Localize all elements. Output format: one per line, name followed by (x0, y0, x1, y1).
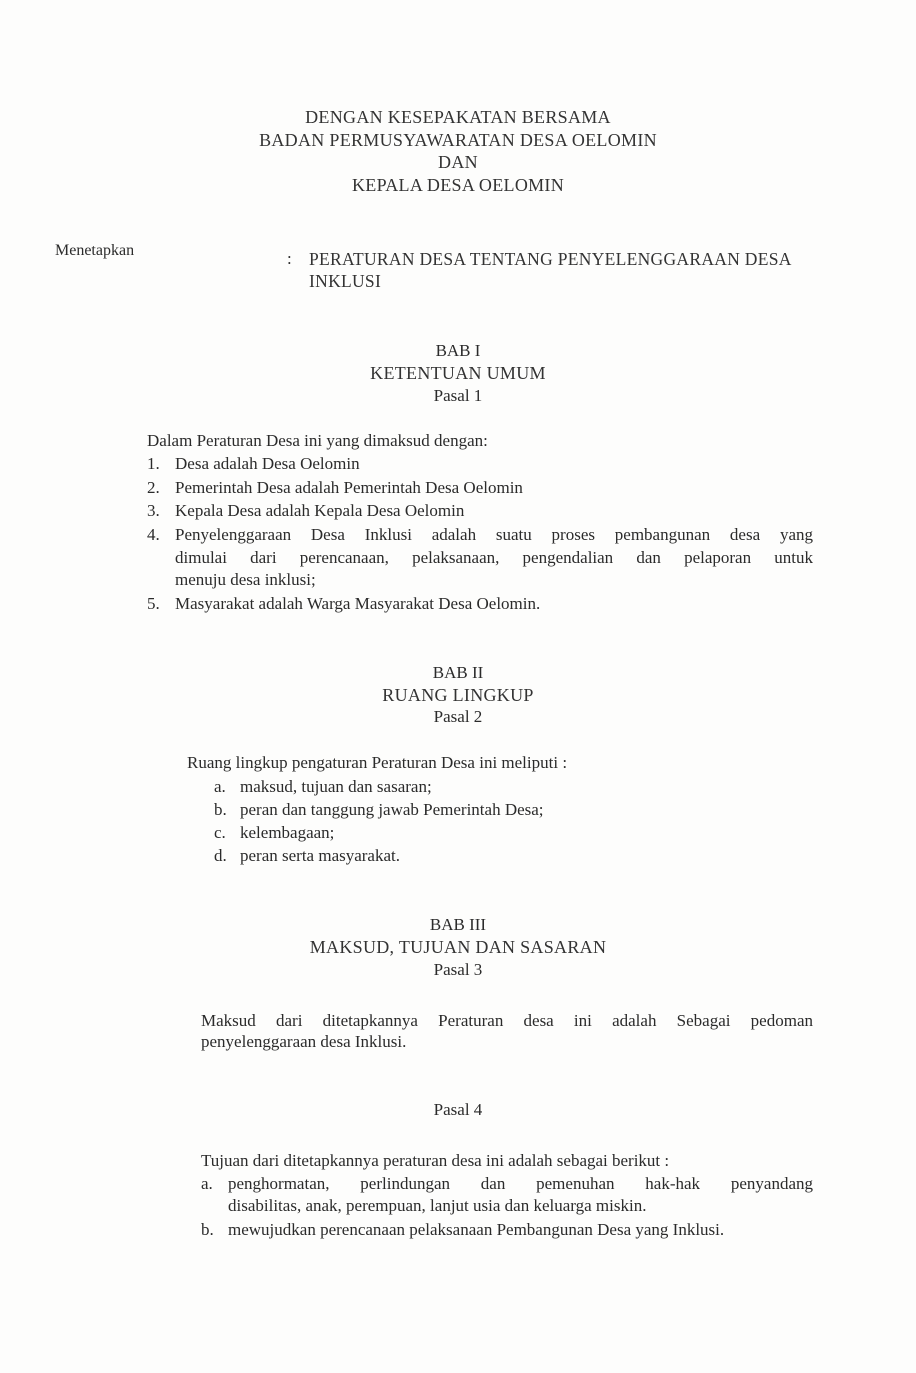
bab3-subtitle: MAKSUD, TUJUAN DAN SASARAN (0, 936, 916, 958)
bab1-item-1-text: Desa adalah Desa Oelomin (175, 453, 360, 475)
bab1-item-1-marker: 1. (147, 453, 160, 475)
bab3-pasal-3: Pasal 3 (0, 959, 916, 981)
bab1-item-2-marker: 2. (147, 477, 160, 499)
bab3-pasal-4: Pasal 4 (0, 1099, 916, 1121)
pasal4-intro: Tujuan dari ditetapkannya peraturan desa… (201, 1150, 669, 1172)
bab1-item-5-text: Masyarakat adalah Warga Masyarakat Desa … (175, 593, 540, 615)
menetapkan-value-line-1: PERATURAN DESA TENTANG PENYELENGGARAAN D… (309, 248, 792, 270)
bab3-title: BAB III (0, 914, 916, 936)
bab2-item-d-text: peran serta masyarakat. (240, 845, 400, 867)
bab1-item-4-line-1: Penyelenggaraan Desa Inklusi adalah suat… (175, 524, 813, 546)
bab1-item-2-text: Pemerintah Desa adalah Pemerintah Desa O… (175, 477, 523, 499)
bab2-item-a-marker: a. (214, 776, 226, 798)
bab1-item-3-text: Kepala Desa adalah Kepala Desa Oelomin (175, 500, 464, 522)
bab2-item-c-text: kelembagaan; (240, 822, 334, 844)
pasal4-item-b-text: mewujudkan perencanaan pelaksanaan Pemba… (228, 1219, 724, 1241)
bab1-item-4-line-3: menuju desa inklusi; (175, 569, 316, 591)
menetapkan-label: Menetapkan (55, 240, 134, 262)
pasal3-text-line-2: penyelenggaraan desa Inklusi. (201, 1031, 406, 1053)
bab2-item-b-text: peran dan tanggung jawab Pemerintah Desa… (240, 799, 544, 821)
menetapkan-colon: : (287, 248, 292, 270)
pasal3-text-line-1: Maksud dari ditetapkannya Peraturan desa… (201, 1010, 813, 1032)
bab1-item-5-marker: 5. (147, 593, 160, 615)
pasal4-item-a-line-2: disabilitas, anak, perempuan, lanjut usi… (228, 1195, 646, 1217)
pasal4-item-b-marker: b. (201, 1219, 214, 1241)
bab2-subtitle: RUANG LINGKUP (0, 684, 916, 706)
pasal4-item-a-marker: a. (201, 1173, 213, 1195)
bab2-item-c-marker: c. (214, 822, 226, 844)
header-line-2: BADAN PERMUSYAWARATAN DESA OELOMIN (0, 129, 916, 151)
bab2-item-a-text: maksud, tujuan dan sasaran; (240, 776, 432, 798)
header-line-4: KEPALA DESA OELOMIN (0, 174, 916, 196)
bab2-item-d-marker: d. (214, 845, 227, 867)
bab1-item-4-line-2: dimulai dari perencanaan, pelaksanaan, p… (175, 547, 813, 569)
bab1-pasal: Pasal 1 (0, 385, 916, 407)
bab1-subtitle: KETENTUAN UMUM (0, 362, 916, 384)
bab1-intro: Dalam Peraturan Desa ini yang dimaksud d… (147, 430, 488, 452)
bab2-pasal: Pasal 2 (0, 706, 916, 728)
bab2-item-b-marker: b. (214, 799, 227, 821)
document-page: DENGAN KESEPAKATAN BERSAMA BADAN PERMUSY… (0, 0, 916, 1373)
bab2-intro: Ruang lingkup pengaturan Peraturan Desa … (187, 752, 567, 774)
header-line-3: DAN (0, 151, 916, 173)
bab1-title: BAB I (0, 340, 916, 362)
bab1-item-3-marker: 3. (147, 500, 160, 522)
pasal4-item-a-line-1: penghormatan, perlindungan dan pemenuhan… (228, 1173, 813, 1195)
menetapkan-value-line-2: INKLUSI (309, 270, 381, 292)
bab2-title: BAB II (0, 662, 916, 684)
bab1-item-4-marker: 4. (147, 524, 160, 546)
header-line-1: DENGAN KESEPAKATAN BERSAMA (0, 106, 916, 128)
